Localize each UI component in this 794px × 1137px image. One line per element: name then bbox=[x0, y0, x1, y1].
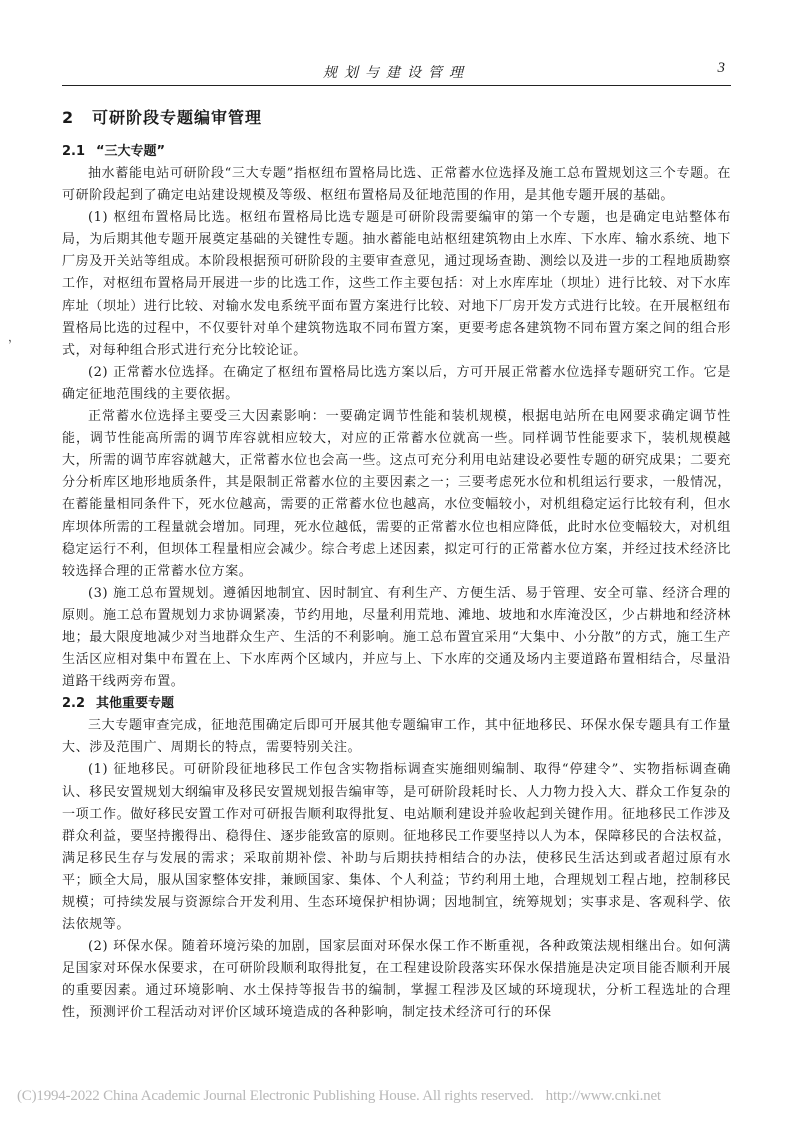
paragraph: (1) 枢纽布置格局比选。枢纽布置格局比选专题是可研阶段需要编审的第一个专题，也… bbox=[62, 207, 731, 362]
copyright-footer: (C)1994-2022 China Academic Journal Elec… bbox=[17, 1088, 661, 1105]
article-body: 2可研阶段专题编审管理 2.1“三大专题” 抽水蓄能电站可研阶段“三大专题”指枢… bbox=[62, 104, 731, 1025]
footer-url[interactable]: http://www.cnki.net bbox=[546, 1088, 661, 1104]
subsection-heading-2-1: 2.1“三大专题” bbox=[62, 141, 731, 163]
subsection-title: 其他重要专题 bbox=[96, 696, 174, 711]
section-title: 可研阶段专题编审管理 bbox=[92, 108, 262, 127]
copyright-text: (C)1994-2022 China Academic Journal Elec… bbox=[17, 1088, 534, 1104]
page-number: 3 bbox=[718, 60, 726, 77]
paragraph: 抽水蓄能电站可研阶段“三大专题”指枢纽布置格局比选、正常蓄水位选择及施工总布置规… bbox=[62, 163, 731, 207]
section-number: 2 bbox=[62, 104, 92, 132]
paragraph: (3) 施工总布置规划。遵循因地制宜、因时制宜、有利生产、方便生活、易于管理、安… bbox=[62, 583, 731, 693]
paragraph: (2) 正常蓄水位选择。在确定了枢纽布置格局比选方案以后，方可开展正常蓄水位选择… bbox=[62, 362, 731, 406]
paragraph: 正常蓄水位选择主要受三大因素影响：一要确定调节性能和装机规模，根据电站所在电网要… bbox=[62, 406, 731, 583]
margin-mark: ， bbox=[8, 328, 20, 345]
paragraph: 三大专题审查完成，征地范围确定后即可开展其他专题编审工作，其中征地移民、环保水保… bbox=[62, 715, 731, 759]
subsection-number: 2.1 bbox=[62, 141, 96, 163]
section-heading: 2可研阶段专题编审管理 bbox=[62, 104, 731, 132]
subsection-title: “三大专题” bbox=[96, 144, 165, 159]
paragraph: (2) 环保水保。随着环境污染的加剧，国家层面对环保水保工作不断重视，各种政策法… bbox=[62, 936, 731, 1024]
subsection-number: 2.2 bbox=[62, 693, 96, 715]
paragraph: (1) 征地移民。可研阶段征地移民工作包含实物指标调查实施细则编制、取得“停建令… bbox=[62, 759, 731, 936]
header-rule bbox=[62, 85, 731, 86]
subsection-heading-2-2: 2.2其他重要专题 bbox=[62, 693, 731, 715]
running-title: 规划与建设管理 bbox=[62, 62, 731, 82]
running-header: 规划与建设管理 3 bbox=[62, 60, 731, 84]
